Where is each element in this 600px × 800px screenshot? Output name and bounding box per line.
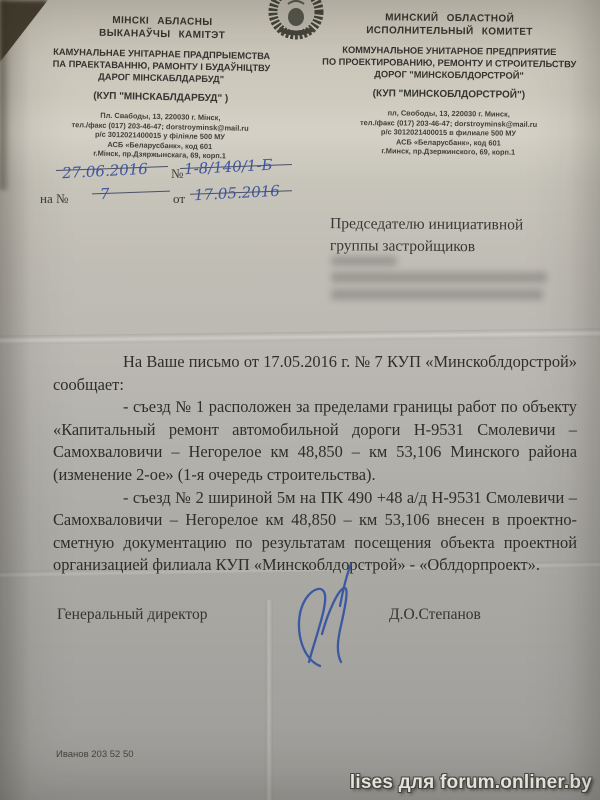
addressee-block: Председателю инициативной группы застрой… — [330, 213, 570, 259]
outgoing-date-handwritten: 27.06.2016 — [62, 160, 149, 182]
paper-crease-horizontal — [0, 328, 600, 344]
paper-fold-vertical — [265, 600, 273, 800]
addressee-line: Председателю инициативной — [330, 213, 570, 237]
committee-name-ru: МИНСКИЙ ОБЛАСТНОЙ ИСПОЛНИТЕЛЬНЫЙ КОМИТЕТ — [308, 11, 590, 40]
redacted-line-1 — [331, 256, 397, 266]
signer-name: Д.О.Степанов — [389, 606, 481, 624]
from-label: от — [173, 191, 185, 207]
reply-to-label: на № — [40, 191, 68, 207]
photo-edge-shadow — [0, 0, 10, 190]
committee-name-by: МІНСКІ АБЛАСНЫ ВЫКАНАЎЧЫ КАМІТЭТ — [19, 12, 305, 44]
org-name-ru: КОММУНАЛЬНОЕ УНИТАРНОЕ ПРЕДПРИЯТИЕ ПО ПР… — [308, 44, 590, 83]
forum-watermark: lises для forum.onliner.by — [350, 772, 592, 794]
body-paragraph-2: - съезд № 1 расположен за пределами гран… — [53, 396, 577, 486]
handwritten-signature — [288, 562, 373, 674]
org-address-ru: пл, Свободы, 13, 220030 г. Минск, тел./ф… — [307, 108, 589, 159]
letterhead-left-column: МІНСКІ АБЛАСНЫ ВЫКАНАЎЧЫ КАМІТЭТ КАМУНАЛ… — [17, 12, 306, 163]
redacted-line-2 — [331, 272, 547, 283]
org-short-name-ru: (КУП "МИНСКОБЛДОРСТРОЙ") — [308, 88, 590, 103]
letter-body: На Ваше письмо от 17.05.2016 г. № 7 КУП … — [53, 351, 577, 577]
org-short-name-by: (КУП "МІНСКАБЛДАРБУД" ) — [18, 89, 304, 107]
executor-contact: Иванов 203 52 50 — [56, 749, 134, 760]
signer-position-title: Генеральный директор — [57, 606, 208, 624]
scanned-letter-photo: МІНСКІ АБЛАСНЫ ВЫКАНАЎЧЫ КАМІТЭТ КАМУНАЛ… — [0, 0, 600, 800]
redacted-line-3 — [331, 289, 543, 300]
body-paragraph-1: На Ваше письмо от 17.05.2016 г. № 7 КУП … — [53, 351, 577, 396]
org-name-by: КАМУНАЛЬНАЕ УНІТАРНАЕ ПРАДПРЫЕМСТВА ПА П… — [18, 45, 305, 87]
org-address-by: Пл. Свабоды, 13, 220030 г. Мінск, тел./ф… — [17, 109, 304, 163]
body-paragraph-3: - съезд № 2 шириной 5м на ПК 490 +48 а/д… — [53, 487, 577, 577]
letterhead-right-column: МИНСКИЙ ОБЛАСТНОЙ ИСПОЛНИТЕЛЬНЫЙ КОМИТЕТ… — [307, 11, 591, 159]
